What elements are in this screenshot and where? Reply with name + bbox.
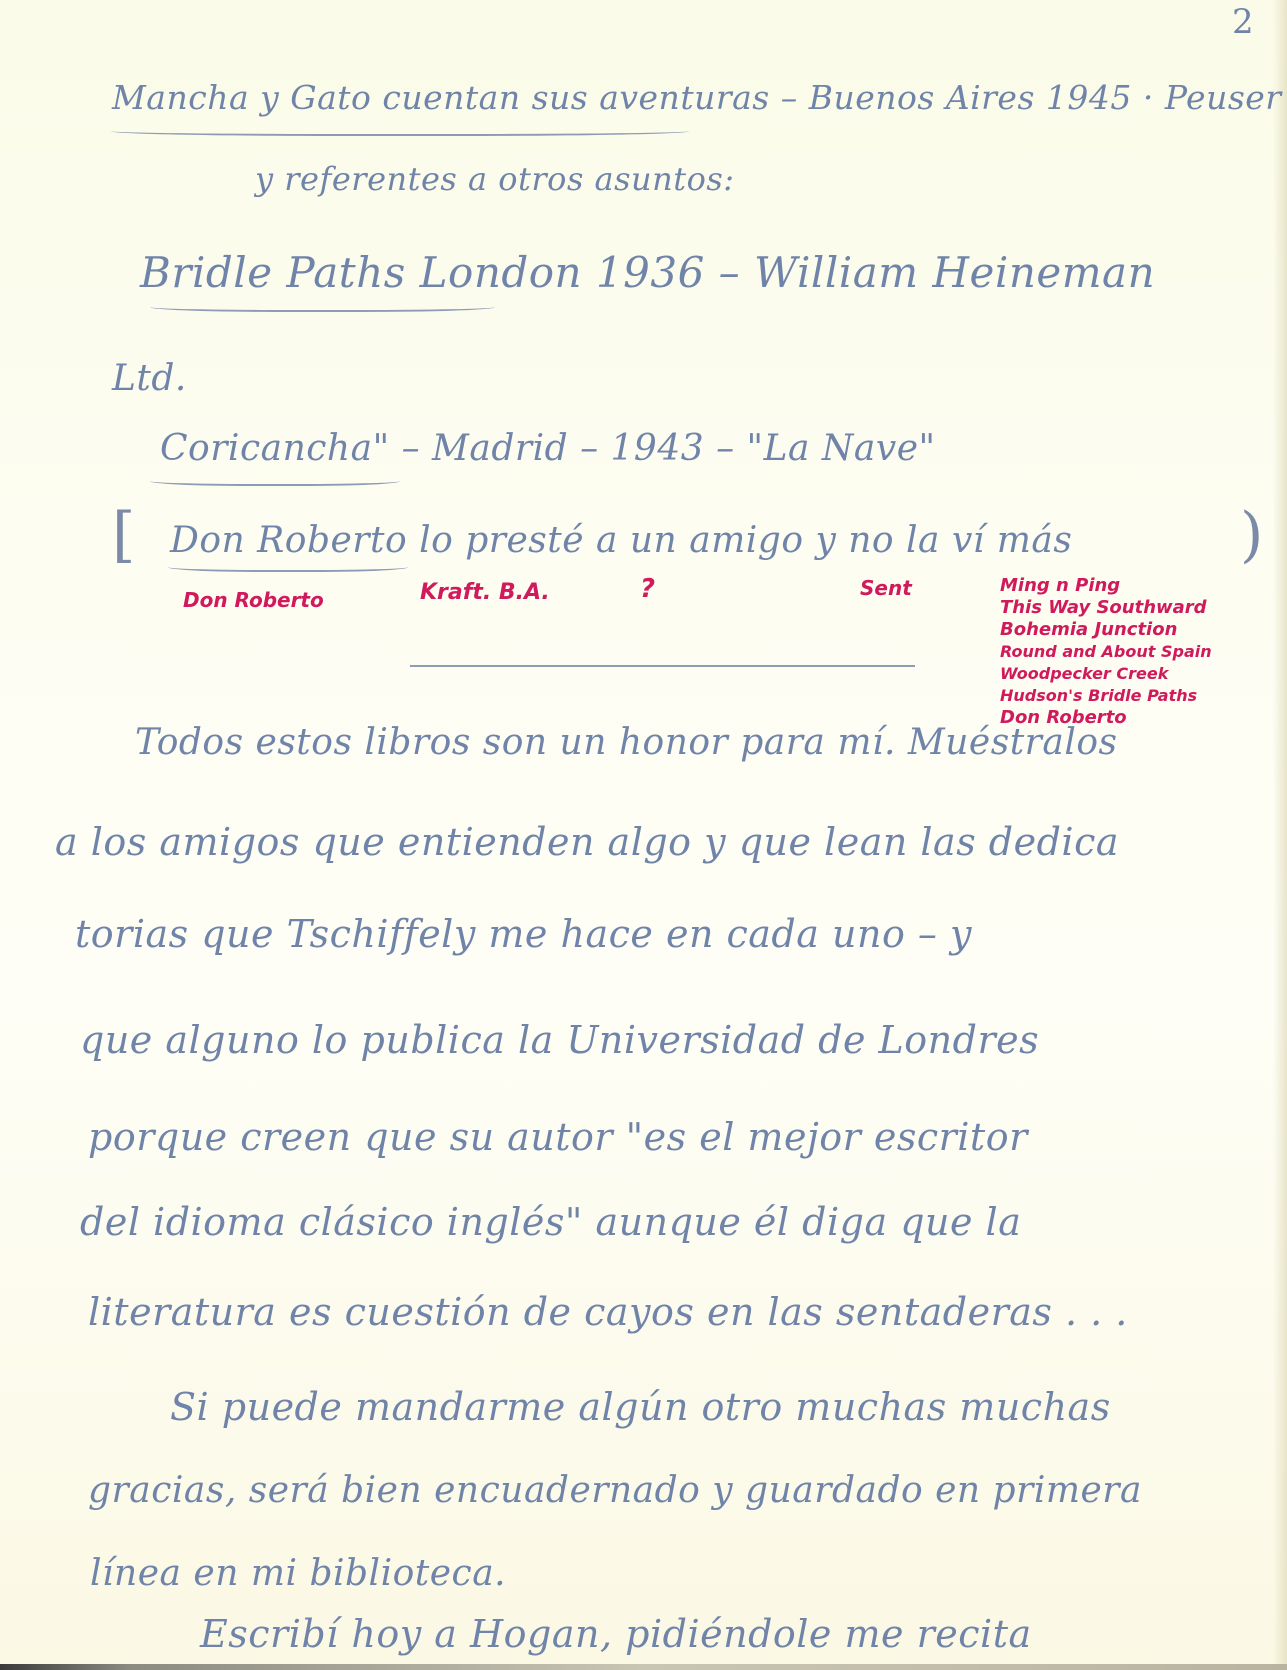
bridle-paths-line: Bridle Paths London 1936 – William Heine… (140, 248, 1155, 297)
paper-edge-bottom (0, 1664, 1287, 1670)
page-number: 2 (1232, 2, 1254, 42)
body-line: Escribí hoy a Hogan, pidiéndole me recit… (200, 1612, 1032, 1656)
letter-page: 2 Mancha y Gato cuentan sus aventuras – … (0, 0, 1287, 1670)
body-line: literatura es cuestión de cayos en las s… (88, 1290, 1128, 1334)
body-line: porque creen que su autor "es el mejor e… (88, 1115, 1028, 1159)
body-line: Si puede mandarme algún otro muchas much… (170, 1385, 1111, 1429)
book-list-item: Hudson's Bridle Paths (1000, 685, 1287, 707)
paper-edge-right (1273, 0, 1287, 1670)
book-list-item: Round and About Spain (1000, 641, 1287, 663)
section-divider (410, 655, 915, 667)
annotation-sent: Sent (860, 576, 912, 600)
body-line: gracias, será bien encuadernado y guarda… (88, 1470, 1142, 1511)
annotation-kraft: Kraft. B.A. (420, 580, 550, 605)
body-line: a los amigos que entienden algo y que le… (55, 820, 1119, 864)
coricancha-underline (150, 474, 400, 486)
body-line: torias que Tschiffely me hace en cada un… (75, 912, 972, 956)
heading-line-1: Mancha y Gato cuentan sus aventuras – Bu… (112, 78, 1282, 117)
don-roberto-underline (168, 560, 408, 572)
body-line: que alguno lo publica la Universidad de … (80, 1018, 1039, 1062)
body-line: línea en mi biblioteca. (90, 1553, 506, 1594)
annotation-book-list: Ming n Ping This Way Southward Bohemia J… (1000, 575, 1287, 729)
heading-line-2: y referentes a otros asuntos: (255, 160, 735, 198)
coricancha-line: Coricancha" – Madrid – 1943 – "La Nave" (160, 428, 936, 469)
close-bracket: ) (1240, 500, 1263, 570)
open-bracket: [ (112, 500, 135, 570)
book-list-item: Ming n Ping (1000, 575, 1287, 597)
heading-underline (110, 124, 690, 136)
don-roberto-line: Don Roberto lo presté a un amigo y no la… (170, 520, 1072, 561)
book-list-item: This Way Southward (1000, 597, 1287, 619)
annotation-question: ? (640, 574, 655, 604)
bridle-paths-underline (150, 300, 495, 312)
annotation-don-roberto: Don Roberto (183, 588, 324, 612)
publisher-ltd: Ltd. (112, 358, 187, 399)
body-line: del idioma clásico inglés" aunque él dig… (80, 1200, 1021, 1244)
body-line: Todos estos libros son un honor para mí.… (135, 722, 1118, 763)
book-list-item: Woodpecker Creek (1000, 663, 1287, 685)
book-list-item: Bohemia Junction (1000, 619, 1287, 641)
